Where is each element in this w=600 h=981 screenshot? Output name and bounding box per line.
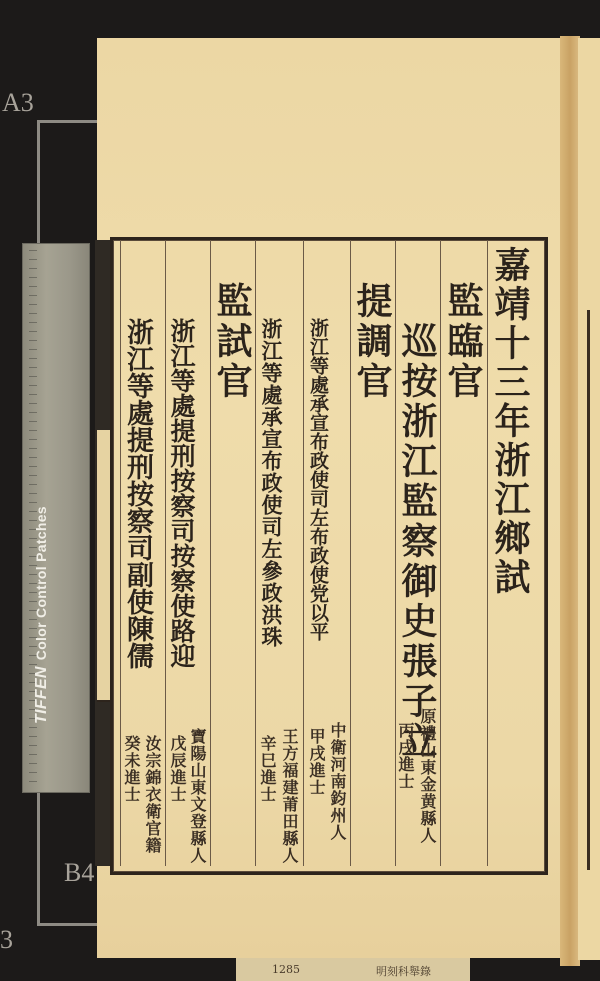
column-rule <box>255 240 256 866</box>
color-strip-label: TIFFENColor Control Patches <box>33 684 51 724</box>
section-heading-proctor: 監試官 <box>212 282 252 402</box>
official-degree: 丙戌進士 <box>396 722 414 790</box>
official-origin: 寶陽山東文登縣人 <box>188 728 206 864</box>
official-degree: 甲戌進士 <box>307 728 325 796</box>
official-degree: 癸未進士 <box>122 735 140 803</box>
official-name: 浙江等處承宣布政使司左布政使党以平 <box>307 318 328 641</box>
official-origin: 中衛河南鈞州人 <box>328 722 346 841</box>
section-heading-administrator: 提調官 <box>352 282 392 402</box>
official-degree: 戊辰進士 <box>168 735 186 803</box>
slip-number: 1285 <box>272 963 300 976</box>
tiffen-brand: TIFFEN <box>33 666 50 724</box>
facing-page-border <box>587 310 600 870</box>
column-rule <box>303 240 304 866</box>
slip-label: 明刻科舉錄 <box>376 963 431 979</box>
section-heading-supervisor: 監臨官 <box>443 282 483 402</box>
official-name: 浙江等處承宣布政使司左參政洪珠 <box>260 318 283 648</box>
official-origin: 王方福建莆田縣人 <box>280 728 298 864</box>
official-name: 浙江等處提刑按察司副使陳儒 <box>123 318 152 669</box>
scan-mark-a3: A3 <box>2 88 34 118</box>
column-rule <box>440 240 441 866</box>
official-degree: 辛巳進士 <box>258 735 276 803</box>
column-rule <box>165 240 166 866</box>
color-strip-caption: Color Control Patches <box>33 506 49 660</box>
official-origin: 汝宗錦衣衛官籍 <box>143 735 161 854</box>
book-gutter <box>560 36 580 966</box>
scan-mark-b4: B4 <box>64 858 94 888</box>
library-slip: 1285 明刻科舉錄 <box>236 958 470 981</box>
scan-mark-3: 3 <box>0 925 13 955</box>
column-rule <box>487 240 488 866</box>
exam-title: 嘉靖十三年浙江鄉試 <box>490 246 530 597</box>
official-name: 浙江等處提刑按察司按察使路迎 <box>168 318 195 668</box>
official-origin: 原禮山東金黄縣人 <box>418 708 436 844</box>
official-name: 巡按浙江監察御史張子立 <box>397 322 437 762</box>
color-control-strip: TIFFENColor Control Patches <box>22 243 90 793</box>
column-rule <box>120 240 121 866</box>
